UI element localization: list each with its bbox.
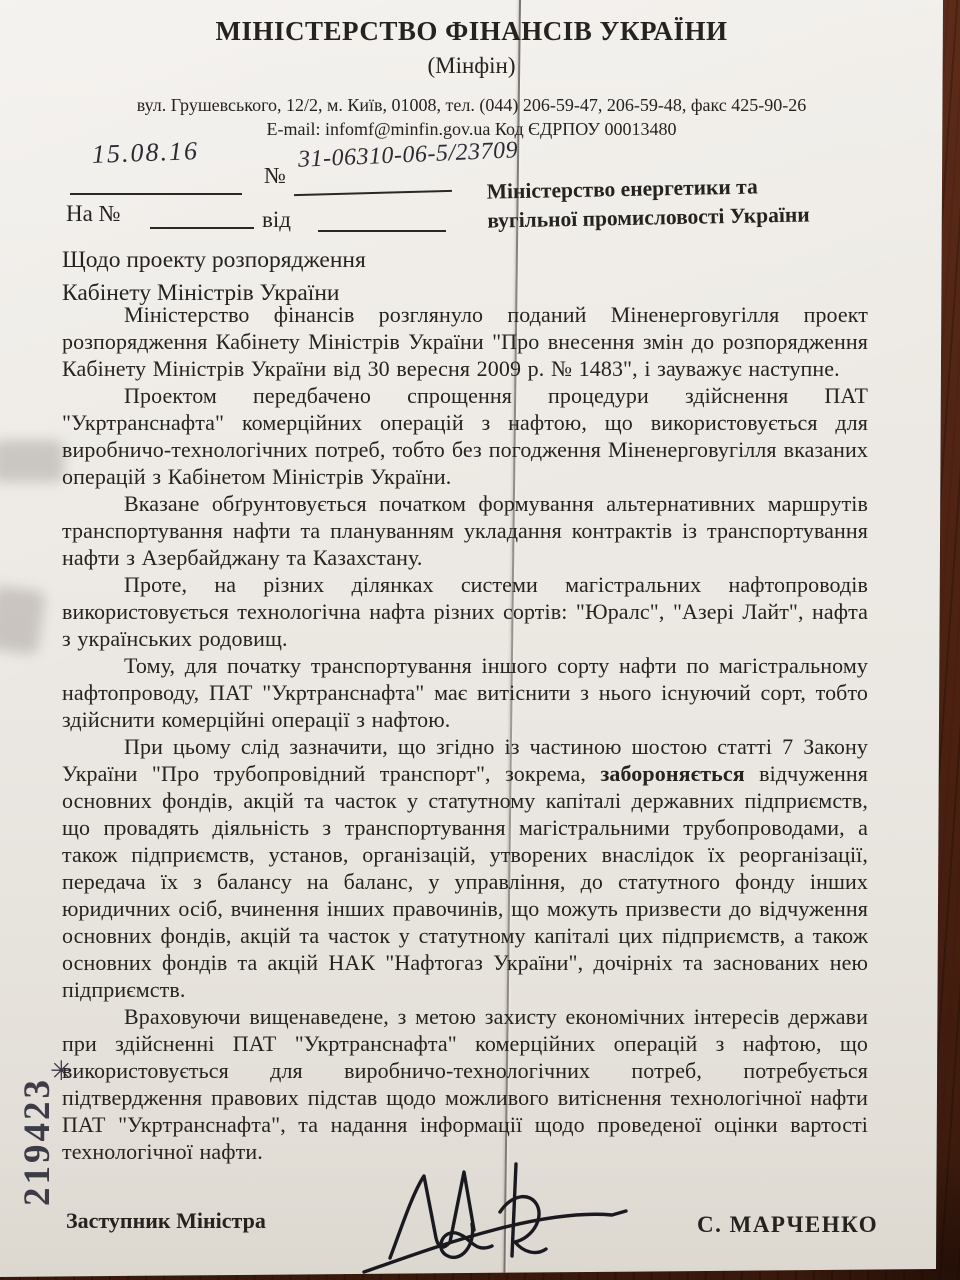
letterhead: МІНІСТЕРСТВО ФІНАНСІВ УКРАЇНИ (Мінфін) в… — [0, 0, 943, 140]
reply-number-label: На № — [66, 201, 121, 227]
paragraph: Проектом передбачено спрощення процедури… — [62, 382, 868, 490]
recipient-line-2: вугільної промисловості України — [487, 199, 867, 235]
signature-scribble — [360, 1158, 650, 1280]
bleedthrough-mark — [0, 440, 64, 482]
ministry-short-name: (Мінфін) — [0, 53, 943, 79]
paragraph: Проте, на різних ділянках системи магіст… — [62, 571, 868, 652]
registration-stamp-number: 219423 — [16, 1077, 59, 1206]
paragraph: Тому, для початку транспортування іншого… — [62, 652, 868, 733]
document-paper: МІНІСТЕРСТВО ФІНАНСІВ УКРАЇНИ (Мінфін) в… — [0, 0, 960, 1280]
date-underline — [70, 193, 242, 195]
paragraph-text: відчуження основних фондів, акцій та час… — [62, 761, 868, 1002]
signer-title: Заступник Міністра — [66, 1208, 266, 1234]
signer-name: С. МАРЧЕНКО — [697, 1212, 878, 1238]
paragraph: Міністерство фінансів розглянуло поданий… — [62, 301, 868, 382]
ministry-contact: E-mail: infomf@minfin.gov.ua Код ЄДРПОУ … — [0, 119, 943, 140]
paragraph: При цьому слід зазначити, що згідно із ч… — [62, 733, 868, 1003]
from-date-underline — [318, 230, 446, 232]
paragraph: Вказане обґрунтовується початком формува… — [62, 490, 868, 571]
ministry-title: МІНІСТЕРСТВО ФІНАНСІВ УКРАЇНИ — [0, 16, 943, 47]
reply-number-underline — [150, 227, 254, 229]
outgoing-date-handwritten: 15.08.16 — [92, 136, 200, 170]
recipient-block: Міністерство енергетики та вугільної про… — [486, 170, 867, 235]
ministry-address: вул. Грушевського, 12/2, м. Київ, 01008,… — [0, 95, 943, 116]
photo-background: МІНІСТЕРСТВО ФІНАНСІВ УКРАЇНИ (Мінфін) в… — [0, 0, 960, 1280]
number-underline — [294, 190, 452, 196]
letter-body: Міністерство фінансів розглянуло поданий… — [62, 301, 868, 1165]
paragraph: Враховуючи вищенаведене, з метою захисту… — [62, 1003, 868, 1165]
reference-mark-icon: ✳ — [50, 1056, 73, 1087]
prohibition-emphasis: забороняється — [600, 761, 744, 786]
outgoing-number-handwritten: 31-06310-06-5/23709 — [298, 137, 519, 174]
number-label: № — [264, 163, 286, 189]
subject-line-1: Щодо проекту розпорядження — [62, 244, 366, 277]
bleedthrough-mark — [0, 585, 46, 656]
from-date-label: від — [262, 207, 291, 233]
